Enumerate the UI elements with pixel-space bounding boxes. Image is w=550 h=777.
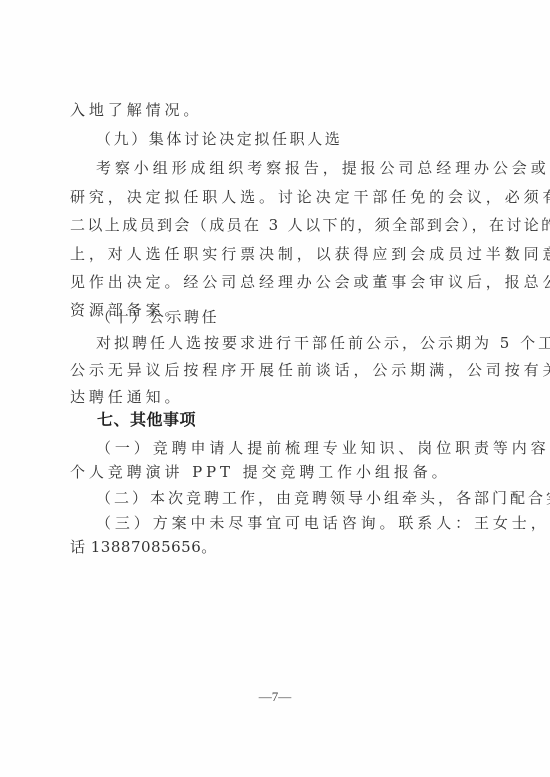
paragraph-line: 个人竞聘演讲 PPT 提交竞聘工作小组报备。 <box>70 462 480 482</box>
paragraph-line: 公示无异议后按程序开展任前谈话，公示期满，公司按有关规定下 <box>70 360 480 380</box>
paragraph-line: 二以上成员到会（成员在 3 人以下的，须全部到会），在讨论的基础 <box>70 215 480 235</box>
document-page: 入地了解情况。 （九）集体讨论决定拟任职人选 考察小组形成组织考察报告，提报公司… <box>0 0 550 777</box>
section-subheading-10: （十）公示聘任 <box>96 307 506 327</box>
section-heading-other-matters: 七、其他事项 <box>97 410 507 430</box>
paragraph-line: 对拟聘任人选按要求进行干部任前公示，公示期为 5 个工作日， <box>96 333 480 353</box>
paragraph-line: 入地了解情况。 <box>70 100 480 120</box>
paragraph-line: 见作出决定。经公司总经理办公会或董事会审议后，报总公司人力 <box>70 272 480 292</box>
paragraph-line: （三）方案中未尽事宜可电话咨询。联系人：王女士，联系电 <box>96 513 480 533</box>
paragraph-line: 研究，决定拟任职人选。讨论决定干部任免的会议，必须有三分之 <box>70 187 480 207</box>
section-subheading-9: （九）集体讨论决定拟任职人选 <box>96 129 506 149</box>
paragraph-line: 话 13887085656。 <box>70 537 480 557</box>
paragraph-line: （二）本次竞聘工作，由竞聘领导小组牵头，各部门配合实施。 <box>96 488 480 508</box>
page-number: —7— <box>0 689 550 705</box>
paragraph-line: （一）竞聘申请人提前梳理专业知识、岗位职责等内容，并将 <box>96 438 480 458</box>
paragraph-line: 达聘任通知。 <box>70 387 480 407</box>
paragraph-line: 考察小组形成组织考察报告，提报公司总经理办公会或董事会 <box>96 158 480 178</box>
paragraph-line: 上，对人选任职实行票决制，以获得应到会成员过半数同意票的意 <box>70 244 480 264</box>
